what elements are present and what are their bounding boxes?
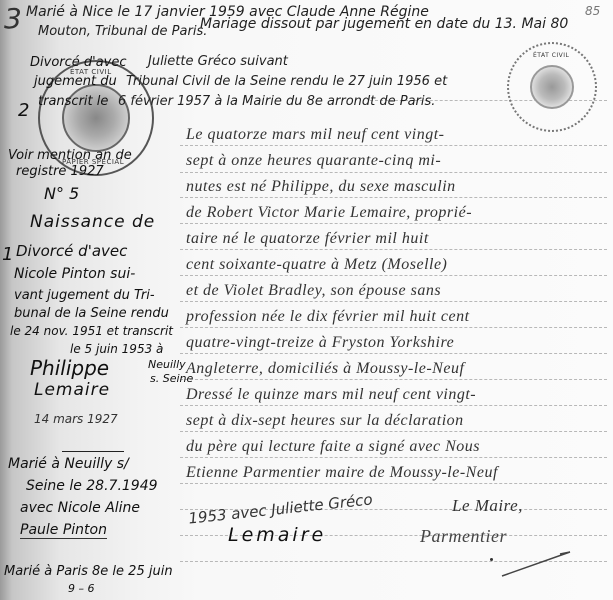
- scanned-register-page: ÉTAT CIVIL PAPIER SPÉCIAL ÉTAT CIVIL 3 M…: [0, 0, 613, 600]
- divorce-pinton-line: Divorcé d'avec: [16, 242, 127, 260]
- body-line: quatre-vingt-treize à Fryston Yorkshire: [186, 334, 454, 352]
- divorce-pinton-line: Neuilly: [148, 358, 186, 371]
- body-line: Dressé le quinze mars mil neuf cent ving…: [186, 386, 476, 404]
- header-tribunal: Mouton, Tribunal de Paris.: [38, 24, 207, 39]
- ruled-line: [180, 353, 607, 354]
- ruled-line: [180, 301, 607, 302]
- marriage-neuilly-line: Seine le 28.7.1949: [26, 478, 158, 494]
- body-line: sept à dix-sept heures sur la déclaratio…: [186, 412, 464, 430]
- ruled-line: [180, 405, 607, 406]
- ruled-line: [180, 172, 607, 173]
- margin-voir-mention: Voir mention an de: [8, 148, 132, 163]
- child-birth-date: 14 mars 1927: [34, 412, 118, 426]
- body-line: Angleterre, domiciliés à Moussy-le-Neuf: [186, 360, 464, 378]
- body-line: cent soixante-quatre à Metz (Moselle): [186, 256, 447, 274]
- divorce-greco-line: Juliette Gréco suivant: [148, 54, 288, 69]
- signature-father: Lemaire: [228, 524, 326, 546]
- body-line: sept à onze heures quarante-cinq mi-: [186, 152, 441, 170]
- body-line: profession née le dix février mil huit c…: [186, 308, 470, 326]
- marriage-neuilly-line: Paule Pinton: [20, 522, 107, 539]
- act-title: Naissance de: [30, 212, 155, 232]
- divorce-pinton-line: le 5 juin 1953 à: [70, 342, 163, 356]
- header-side-number: 85: [585, 4, 600, 18]
- divorce-greco-line: Tribunal Civil de la Seine rendu le 27 j…: [126, 74, 447, 89]
- ruled-line: [180, 145, 607, 146]
- divorce-greco-left-line: jugement du: [34, 74, 117, 89]
- marriage-paris-line: Marié à Paris 8e le 25 juin: [4, 564, 173, 579]
- stamp-medallion: [530, 65, 574, 109]
- signature-flourish: [500, 548, 590, 578]
- ruled-line: [180, 483, 607, 484]
- margin-number-3: 3: [4, 2, 22, 35]
- mayor-label: Le Maire,: [452, 496, 523, 516]
- divorce-pinton-line: vant jugement du Tri-: [14, 288, 155, 303]
- ink-dot: [490, 558, 493, 561]
- act-number: N° 5: [44, 184, 79, 203]
- margin-voir-mention: registre 1927: [16, 164, 104, 179]
- divorce-pinton-line: le 24 nov. 1951 et transcrit: [10, 324, 173, 338]
- ruled-line: [180, 223, 607, 224]
- body-line: et de Violet Bradley, son épouse sans: [186, 282, 441, 300]
- body-line: de Robert Victor Marie Lemaire, proprié-: [186, 204, 472, 222]
- ruled-line: [180, 249, 607, 250]
- body-line: Etienne Parmentier maire de Moussy-le-Ne…: [186, 464, 498, 482]
- ruled-line: [180, 457, 607, 458]
- marriage-paris-line: 9 – 6: [68, 582, 95, 595]
- child-surname: Lemaire: [34, 380, 110, 400]
- body-line: du père qui lecture faite a signé avec N…: [186, 438, 480, 456]
- margin-number-1: 1: [2, 244, 13, 265]
- divorce-greco-left-line: transcrit le: [38, 94, 108, 109]
- ruled-line: [180, 379, 607, 380]
- signature-mayor: Parmentier: [420, 526, 507, 547]
- child-first-name: Philippe: [30, 356, 109, 380]
- ruled-line: [180, 327, 607, 328]
- margin-number-2: 2: [18, 100, 29, 121]
- marriage-neuilly-line: Marié à Neuilly s/: [8, 456, 129, 472]
- ruled-line: [180, 275, 607, 276]
- ruled-line: [180, 431, 607, 432]
- ruled-line: [180, 197, 607, 198]
- margin-divider: [62, 451, 124, 452]
- header-marriage-dissolved: Mariage dissout par jugement en date du …: [200, 16, 568, 32]
- divorce-greco-line: 6 février 1957 à la Mairie du 8e arrondt…: [118, 94, 435, 109]
- body-line: Le quatorze mars mil neuf cent vingt-: [186, 126, 444, 144]
- divorce-pinton-line: Nicole Pinton sui-: [14, 266, 135, 282]
- stamp-text: ÉTAT CIVIL: [533, 52, 569, 59]
- body-line: taire né le quatorze février mil huit: [186, 230, 429, 248]
- divorce-pinton-line: bunal de la Seine rendu: [14, 306, 169, 321]
- annotation-greco-1953: 1953 avec Juliette Gréco: [188, 490, 374, 527]
- divorce-greco-left-line: Divorcé d'avec: [30, 55, 127, 70]
- body-line: nutes est né Philippe, du sexe masculin: [186, 178, 456, 196]
- right-civil-stamp: ÉTAT CIVIL: [507, 42, 597, 132]
- marriage-neuilly-line: avec Nicole Aline: [20, 500, 140, 516]
